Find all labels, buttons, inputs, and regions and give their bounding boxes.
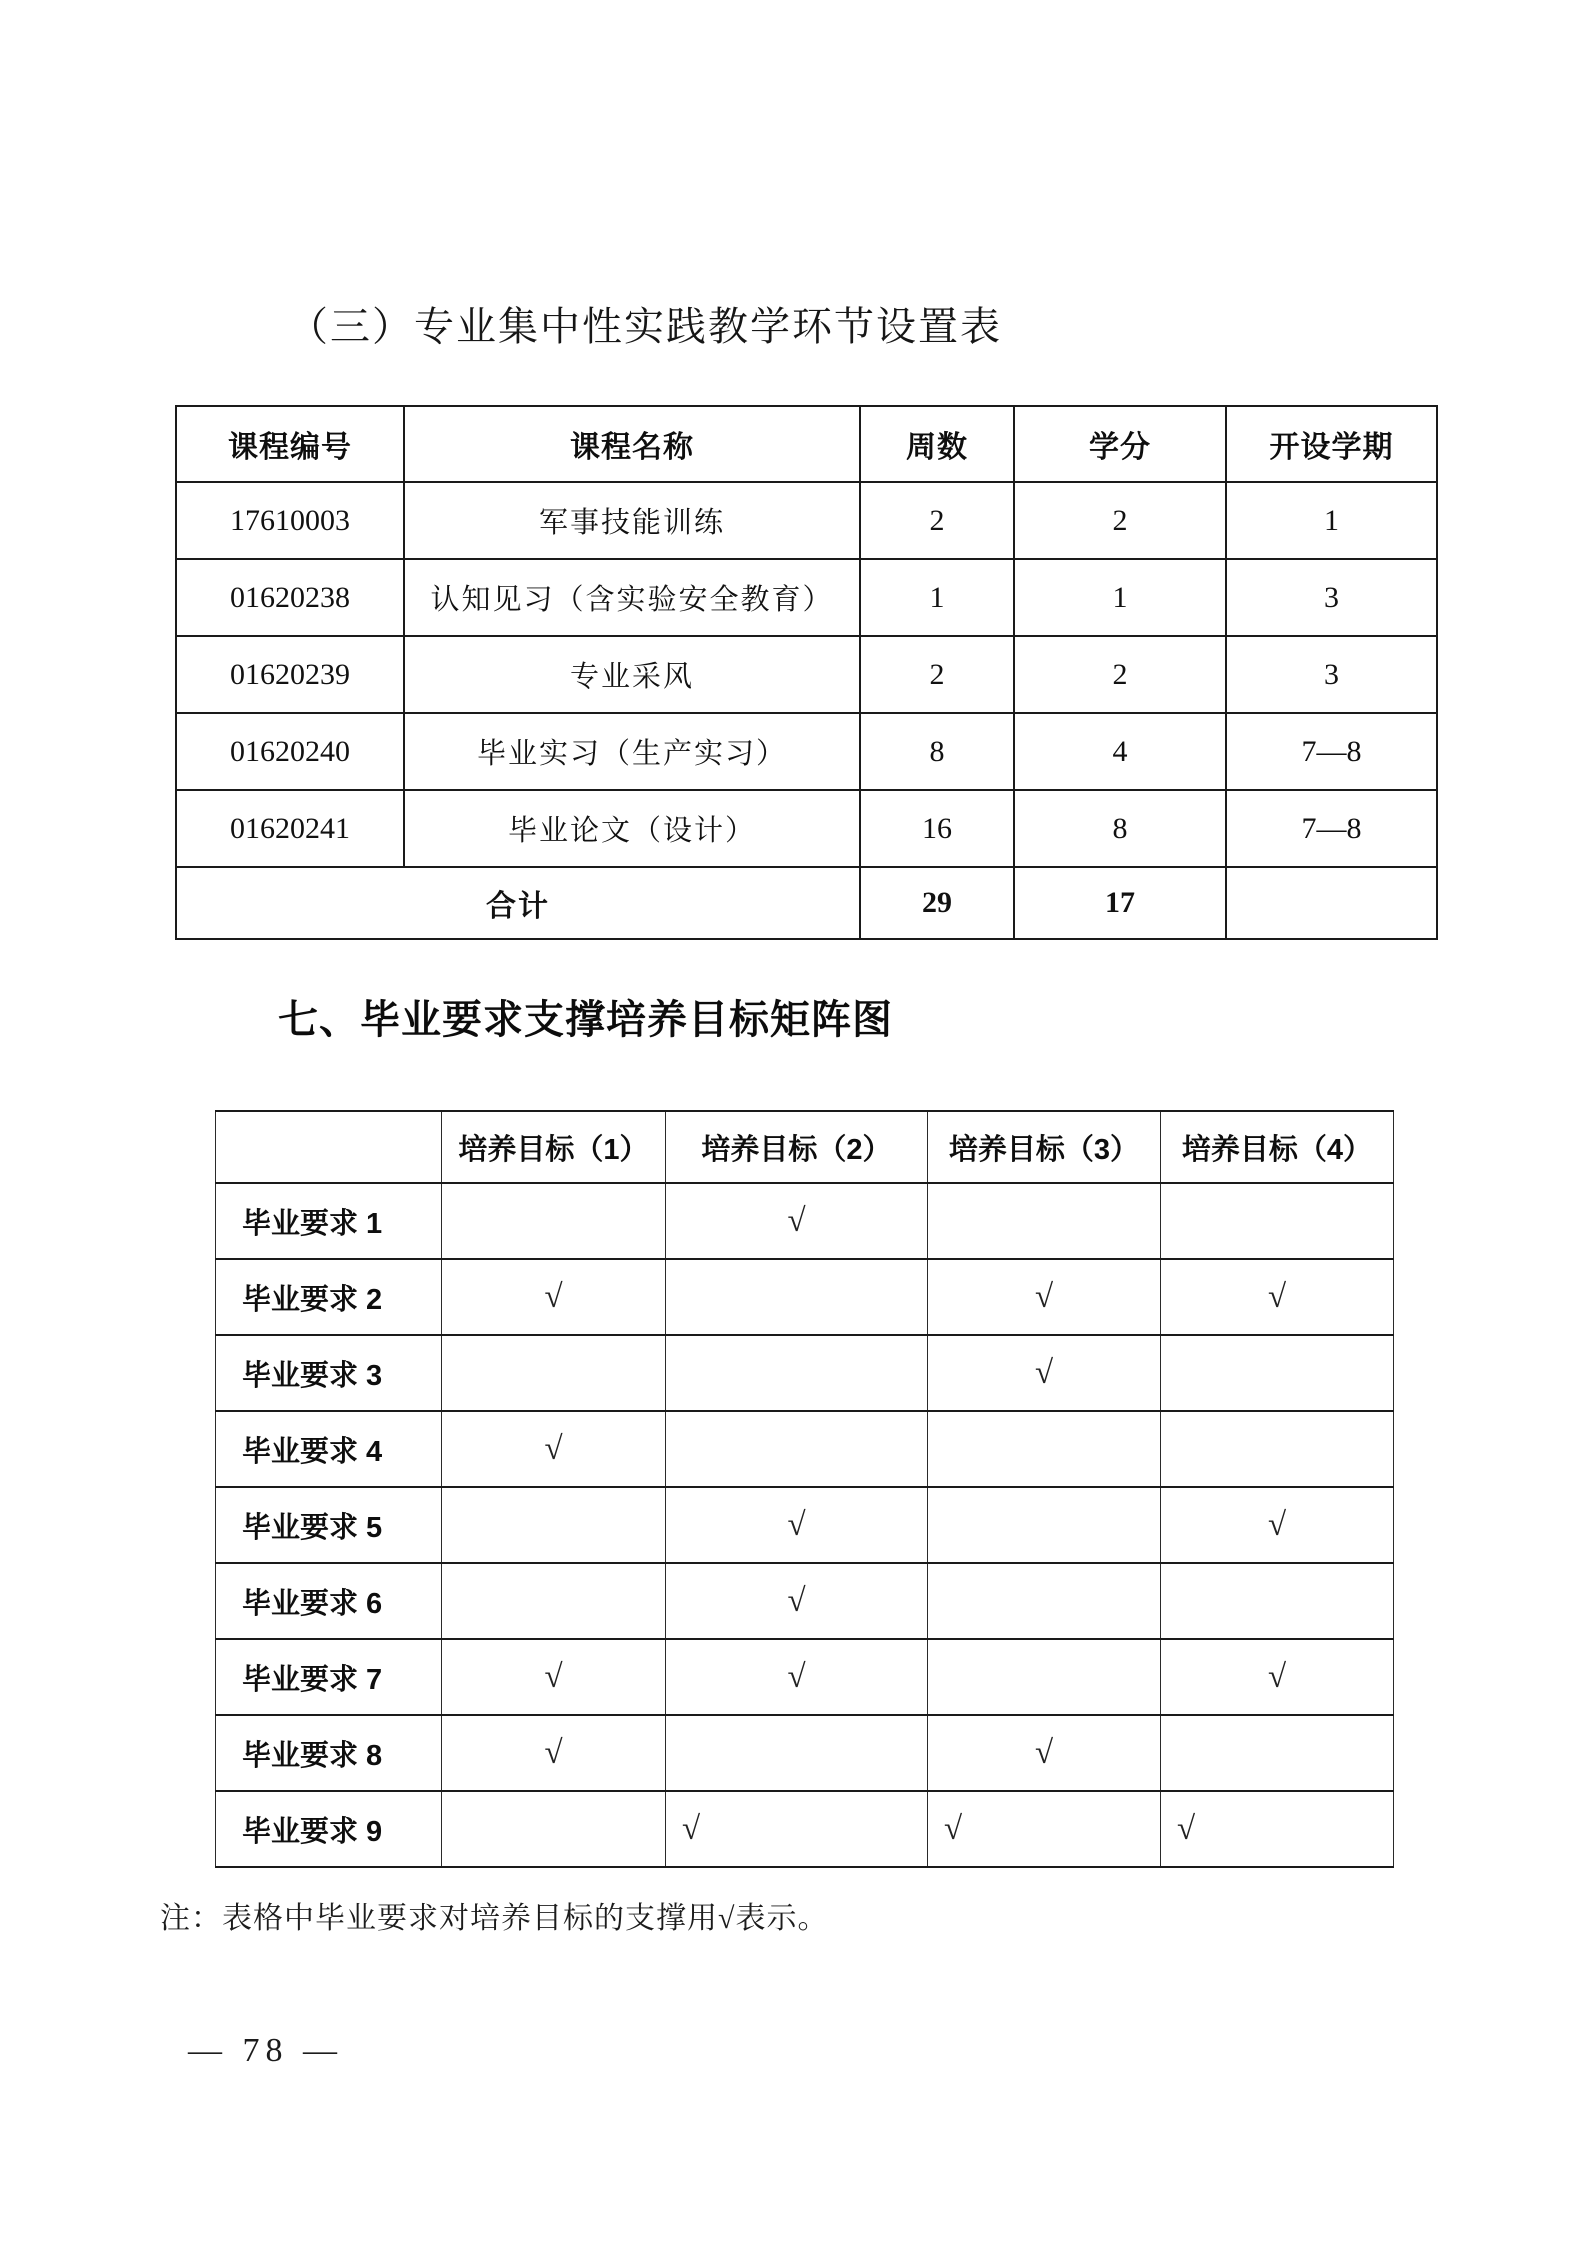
- table-total-row: 合计 29 17: [176, 867, 1437, 939]
- requirement-label: 毕业要求 2: [216, 1259, 442, 1335]
- requirement-label: 毕业要求 3: [216, 1335, 442, 1411]
- matrix-header-row: 培养目标（1） 培养目标（2） 培养目标（3） 培养目标（4）: [216, 1111, 1394, 1183]
- cell-course-code: 17610003: [176, 482, 404, 559]
- matrix-row: 毕业要求 1 √: [216, 1183, 1394, 1259]
- check-cell: √: [666, 1183, 928, 1259]
- section7-heading: 七、毕业要求支撑培养目标矩阵图: [278, 988, 893, 1045]
- table-header-row: 课程编号 课程名称 周数 学分 开设学期: [176, 406, 1437, 482]
- check-cell: [442, 1183, 666, 1259]
- cell-credits: 8: [1014, 790, 1226, 867]
- table-row: 01620238 认知见习（含实验安全教育） 1 1 3: [176, 559, 1437, 636]
- check-cell: [442, 1487, 666, 1563]
- check-cell: √: [442, 1715, 666, 1791]
- check-cell: [666, 1411, 928, 1487]
- cell-credits: 4: [1014, 713, 1226, 790]
- cell-total-semester: [1226, 867, 1437, 939]
- cell-weeks: 16: [860, 790, 1014, 867]
- cell-course-name: 毕业实习（生产实习）: [404, 713, 860, 790]
- check-cell: [1161, 1183, 1394, 1259]
- cell-credits: 1: [1014, 559, 1226, 636]
- table-row: 17610003 军事技能训练 2 2 1: [176, 482, 1437, 559]
- page-number: — 78 —: [188, 2032, 343, 2070]
- requirement-label: 毕业要求 4: [216, 1411, 442, 1487]
- col-header-objective-1: 培养目标（1）: [442, 1111, 666, 1183]
- matrix-row: 毕业要求 5 √ √: [216, 1487, 1394, 1563]
- check-cell: √: [666, 1639, 928, 1715]
- cell-course-code: 01620238: [176, 559, 404, 636]
- col-header-credits: 学分: [1014, 406, 1226, 482]
- document-page: （三）专业集中性实践教学环节设置表 课程编号 课程名称 周数 学分 开设学期 1…: [0, 0, 1587, 2245]
- check-cell: [928, 1639, 1161, 1715]
- check-cell: [928, 1563, 1161, 1639]
- cell-weeks: 8: [860, 713, 1014, 790]
- cell-weeks: 2: [860, 482, 1014, 559]
- check-cell: √: [666, 1563, 928, 1639]
- cell-course-code: 01620240: [176, 713, 404, 790]
- check-cell: √: [928, 1791, 1161, 1867]
- requirement-label: 毕业要求 8: [216, 1715, 442, 1791]
- cell-total-credits: 17: [1014, 867, 1226, 939]
- matrix-row: 毕业要求 8 √ √: [216, 1715, 1394, 1791]
- table-row: 01620239 专业采风 2 2 3: [176, 636, 1437, 713]
- col-header-course-code: 课程编号: [176, 406, 404, 482]
- matrix-row: 毕业要求 4 √: [216, 1411, 1394, 1487]
- cell-total-weeks: 29: [860, 867, 1014, 939]
- check-cell: [1161, 1411, 1394, 1487]
- requirement-label: 毕业要求 9: [216, 1791, 442, 1867]
- section3-heading: （三）专业集中性实践教学环节设置表: [288, 295, 1002, 352]
- table-footnote: 注：表格中毕业要求对培养目标的支撑用√表示。: [160, 1893, 828, 1937]
- check-cell: [928, 1411, 1161, 1487]
- matrix-row: 毕业要求 2 √ √ √: [216, 1259, 1394, 1335]
- col-header-weeks: 周数: [860, 406, 1014, 482]
- cell-course-code: 01620241: [176, 790, 404, 867]
- check-cell: [1161, 1715, 1394, 1791]
- cell-course-name: 认知见习（含实验安全教育）: [404, 559, 860, 636]
- cell-course-name: 专业采风: [404, 636, 860, 713]
- cell-course-name: 军事技能训练: [404, 482, 860, 559]
- check-cell: [1161, 1563, 1394, 1639]
- cell-semester: 3: [1226, 559, 1437, 636]
- cell-semester: 3: [1226, 636, 1437, 713]
- check-cell: [666, 1259, 928, 1335]
- requirements-objectives-matrix: 培养目标（1） 培养目标（2） 培养目标（3） 培养目标（4） 毕业要求 1 √…: [215, 1110, 1394, 1868]
- check-cell: √: [666, 1487, 928, 1563]
- check-cell: √: [1161, 1487, 1394, 1563]
- col-header-objective-3: 培养目标（3）: [928, 1111, 1161, 1183]
- check-cell: √: [442, 1259, 666, 1335]
- check-cell: [928, 1487, 1161, 1563]
- check-cell: [442, 1791, 666, 1867]
- check-cell: [1161, 1335, 1394, 1411]
- cell-course-code: 01620239: [176, 636, 404, 713]
- practice-course-table: 课程编号 课程名称 周数 学分 开设学期 17610003 军事技能训练 2 2…: [175, 405, 1438, 940]
- check-cell: √: [1161, 1259, 1394, 1335]
- cell-semester: 1: [1226, 482, 1437, 559]
- col-header-objective-2: 培养目标（2）: [666, 1111, 928, 1183]
- table-row: 01620241 毕业论文（设计） 16 8 7—8: [176, 790, 1437, 867]
- matrix-corner-cell: [216, 1111, 442, 1183]
- cell-credits: 2: [1014, 482, 1226, 559]
- check-cell: [442, 1563, 666, 1639]
- check-cell: √: [928, 1335, 1161, 1411]
- check-cell: √: [928, 1259, 1161, 1335]
- check-cell: [928, 1183, 1161, 1259]
- requirement-label: 毕业要求 7: [216, 1639, 442, 1715]
- col-header-course-name: 课程名称: [404, 406, 860, 482]
- cell-course-name: 毕业论文（设计）: [404, 790, 860, 867]
- check-cell: √: [1161, 1791, 1394, 1867]
- matrix-row: 毕业要求 9 √ √ √: [216, 1791, 1394, 1867]
- check-cell: √: [666, 1791, 928, 1867]
- matrix-row: 毕业要求 6 √: [216, 1563, 1394, 1639]
- requirement-label: 毕业要求 1: [216, 1183, 442, 1259]
- check-cell: [666, 1715, 928, 1791]
- check-cell: √: [442, 1411, 666, 1487]
- cell-credits: 2: [1014, 636, 1226, 713]
- check-cell: √: [1161, 1639, 1394, 1715]
- cell-weeks: 1: [860, 559, 1014, 636]
- cell-semester: 7—8: [1226, 713, 1437, 790]
- cell-weeks: 2: [860, 636, 1014, 713]
- check-cell: √: [442, 1639, 666, 1715]
- matrix-row: 毕业要求 7 √ √ √: [216, 1639, 1394, 1715]
- col-header-objective-4: 培养目标（4）: [1161, 1111, 1394, 1183]
- col-header-semester: 开设学期: [1226, 406, 1437, 482]
- cell-total-label: 合计: [176, 867, 860, 939]
- check-cell: √: [928, 1715, 1161, 1791]
- table-row: 01620240 毕业实习（生产实习） 8 4 7—8: [176, 713, 1437, 790]
- requirement-label: 毕业要求 5: [216, 1487, 442, 1563]
- check-cell: [666, 1335, 928, 1411]
- check-cell: [442, 1335, 666, 1411]
- matrix-row: 毕业要求 3 √: [216, 1335, 1394, 1411]
- requirement-label: 毕业要求 6: [216, 1563, 442, 1639]
- cell-semester: 7—8: [1226, 790, 1437, 867]
